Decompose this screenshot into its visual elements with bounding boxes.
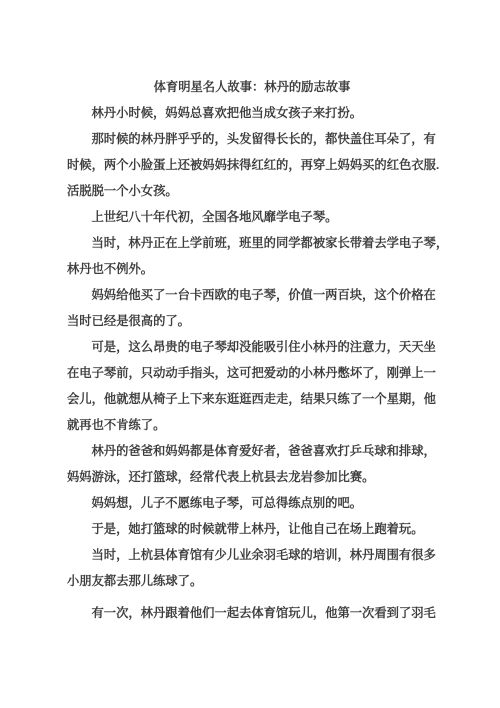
- text-line: 在电子琴前，只动动手指头，这可把爱动的小林丹憋坏了，刚弹上一: [67, 360, 437, 386]
- text-line: 当时，上杭县体育馆有少儿业余羽毛球的培训，林丹周围有很多: [67, 542, 437, 568]
- text-line: 有一次，林丹跟着他们一起去体育馆玩儿，他第一次看到了羽毛: [67, 600, 437, 626]
- text-line: 活脱脱一个小女孩。: [67, 178, 437, 204]
- paragraphs-container: 林丹小时候，妈妈总喜欢把他当成女孩子来打扮。那时候的林丹胖乎乎的，头发留得长长的…: [67, 100, 437, 626]
- text-line: 妈妈想，儿子不愿练电子琴，可总得练点别的吧。: [67, 490, 437, 516]
- paragraph: 妈妈想，儿子不愿练电子琴，可总得练点别的吧。: [67, 490, 437, 516]
- text-line: 上世纪八十年代初，全国各地风靡学电子琴。: [67, 204, 437, 230]
- paragraph: 上世纪八十年代初，全国各地风靡学电子琴。: [67, 204, 437, 230]
- text-line: 时候，两个小脸蛋上还被妈妈抹得红红的，再穿上妈妈买的红色衣服.: [67, 152, 437, 178]
- text-line: 于是，她打篮球的时候就带上林丹，让他自己在场上跑着玩。: [67, 516, 437, 542]
- text-line: 妈妈游泳，还打篮球，经常代表上杭县去龙岩参加比赛。: [67, 464, 437, 490]
- text-line: 当时已经是很高的了。: [67, 308, 437, 334]
- paragraph: 有一次，林丹跟着他们一起去体育馆玩儿，他第一次看到了羽毛: [67, 600, 437, 626]
- text-line: 可是，这么昂贵的电子琴却没能吸引住小林丹的注意力，天天坐: [67, 334, 437, 360]
- text-line: 会儿，他就想从椅子上下来东逛逛西走走，结果只练了一个星期，他: [67, 386, 437, 412]
- text-line: 就再也不肯练了。: [67, 412, 437, 438]
- text-line: 那时候的林丹胖乎乎的，头发留得长长的，都快盖住耳朵了，有: [67, 126, 437, 152]
- text-line: 当时，林丹正在上学前班，班里的同学都被家长带着去学电子琴，: [67, 230, 437, 256]
- text-line: 林丹的爸爸和妈妈都是体育爱好者，爸爸喜欢打乒乓球和排球，: [67, 438, 437, 464]
- paragraph: 当时，林丹正在上学前班，班里的同学都被家长带着去学电子琴，林丹也不例外。: [67, 230, 437, 282]
- text-line: 林丹小时候，妈妈总喜欢把他当成女孩子来打扮。: [67, 100, 437, 126]
- paragraph: 林丹的爸爸和妈妈都是体育爱好者，爸爸喜欢打乒乓球和排球，妈妈游泳，还打篮球，经常…: [67, 438, 437, 490]
- paragraph: 林丹小时候，妈妈总喜欢把他当成女孩子来打扮。: [67, 100, 437, 126]
- text-line: 妈妈给他买了一台卡西欧的电子琴，价值一两百块，这个价格在: [67, 282, 437, 308]
- text-line: 小朋友都去那儿练球了。: [67, 568, 437, 594]
- text-line: 林丹也不例外。: [67, 256, 437, 282]
- paragraph: 那时候的林丹胖乎乎的，头发留得长长的，都快盖住耳朵了，有时候，两个小脸蛋上还被妈…: [67, 126, 437, 204]
- paragraph: 于是，她打篮球的时候就带上林丹，让他自己在场上跑着玩。: [67, 516, 437, 542]
- paragraph: 当时，上杭县体育馆有少儿业余羽毛球的培训，林丹周围有很多小朋友都去那儿练球了。: [67, 542, 437, 594]
- document-page: 体育明星名人故事：林丹的励志故事 林丹小时候，妈妈总喜欢把他当成女孩子来打扮。那…: [0, 0, 500, 708]
- paragraph: 可是，这么昂贵的电子琴却没能吸引住小林丹的注意力，天天坐在电子琴前，只动动手指头…: [67, 334, 437, 438]
- paragraph: 妈妈给他买了一台卡西欧的电子琴，价值一两百块，这个价格在当时已经是很高的了。: [67, 282, 437, 334]
- document-title: 体育明星名人故事：林丹的励志故事: [67, 74, 437, 100]
